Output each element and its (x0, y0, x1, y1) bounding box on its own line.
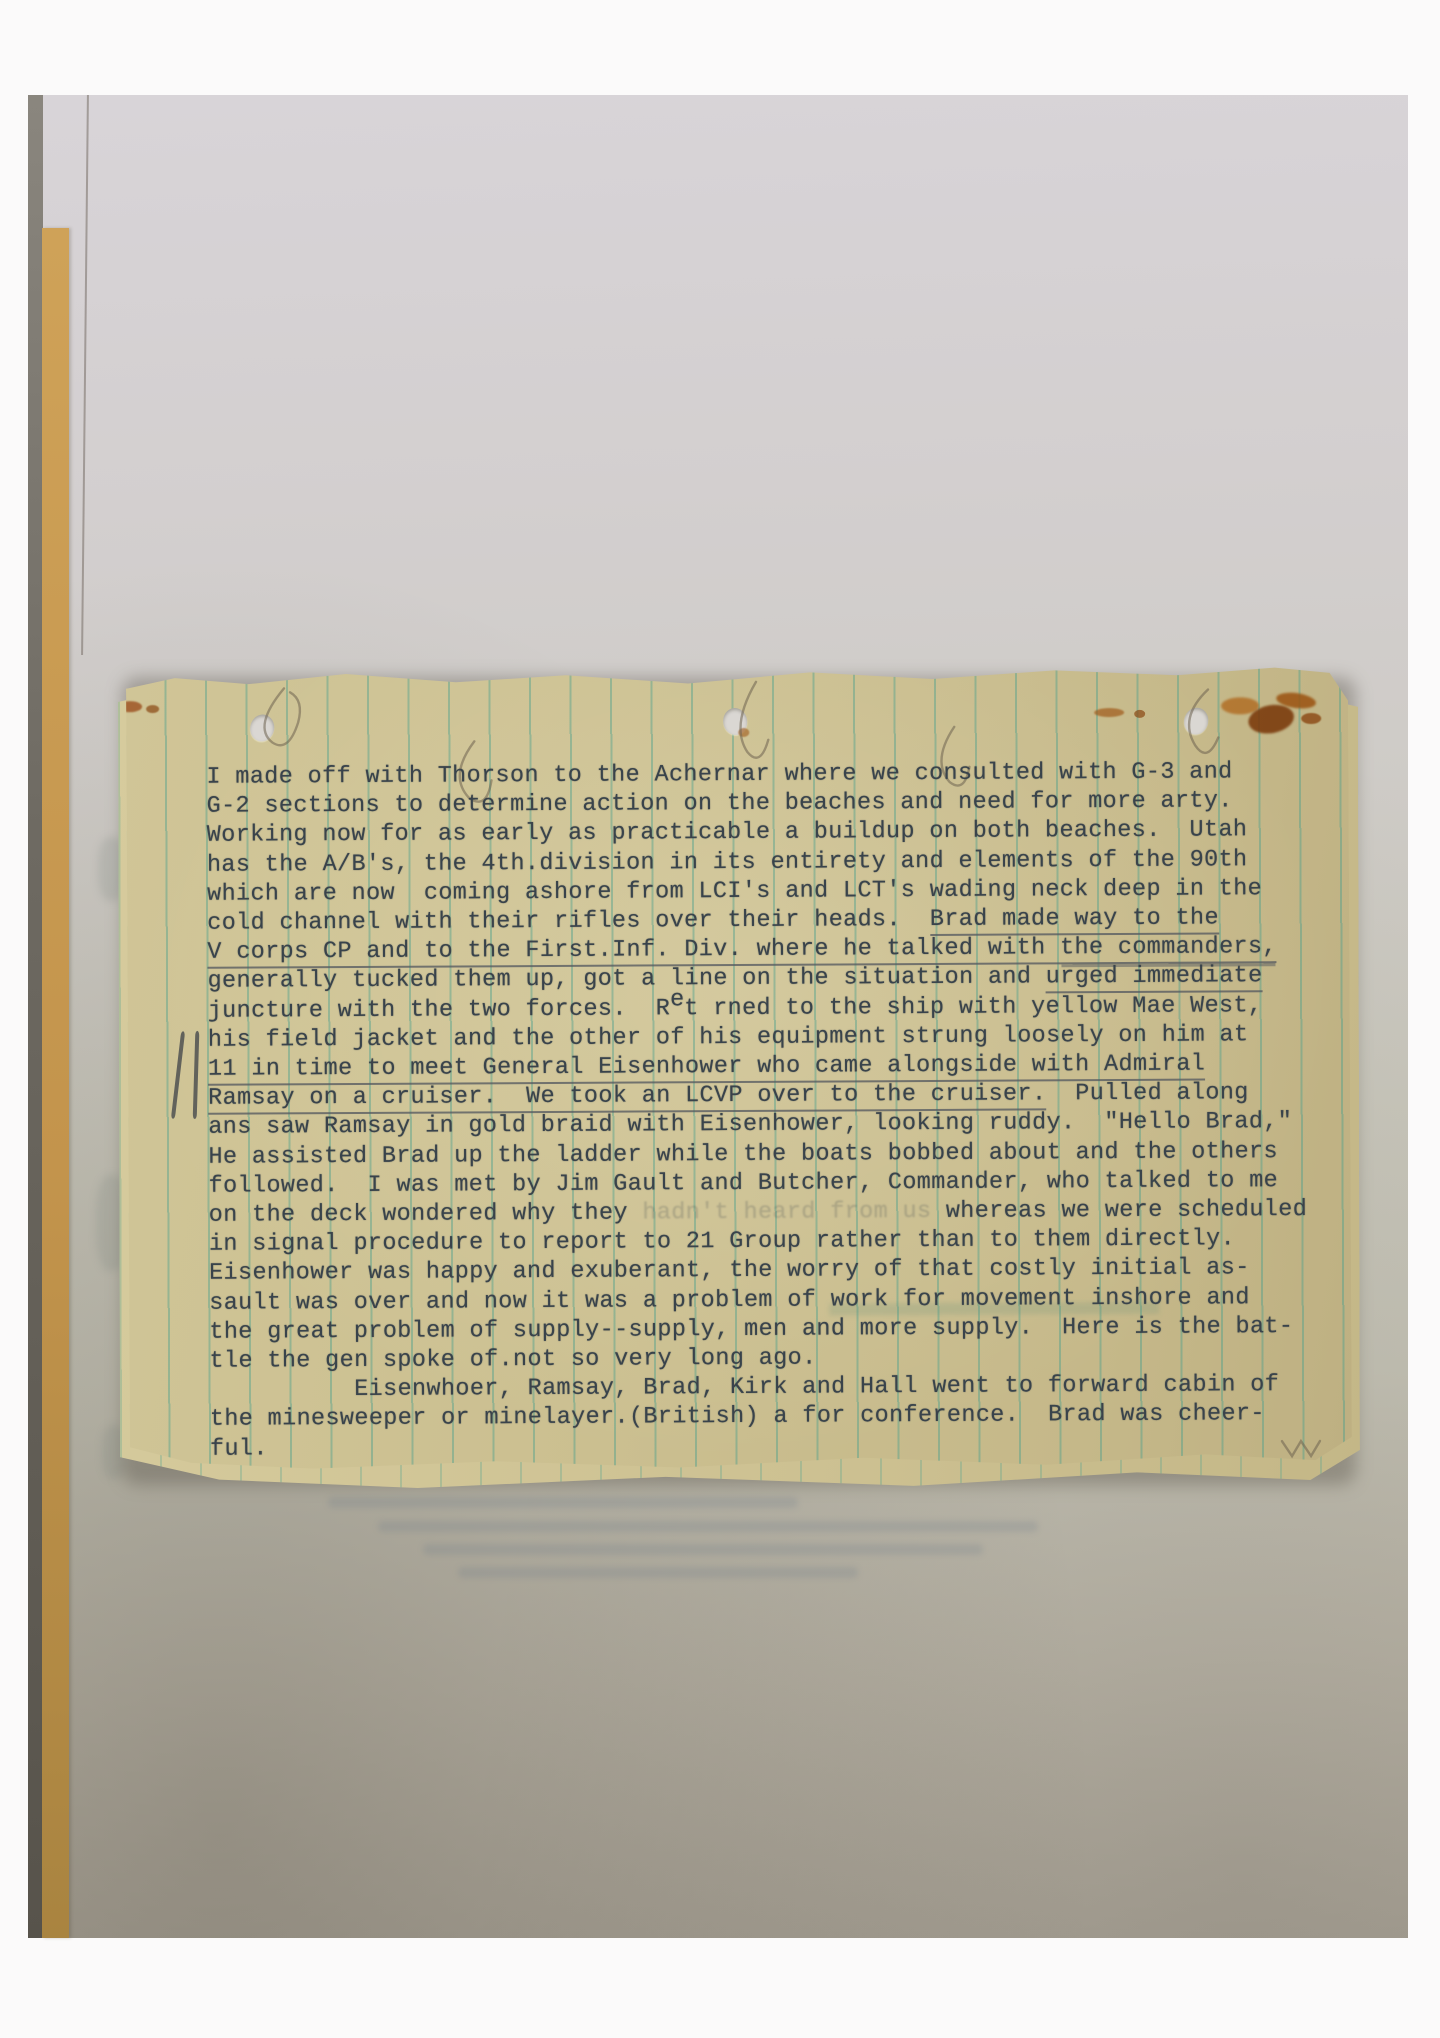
bleedthrough-text (378, 1521, 1038, 1532)
binder-shadow-edge (28, 95, 43, 1938)
text-line: the great problem of supply--supply, men… (209, 1312, 1349, 1347)
typewritten-text: I made off with Thorson to the Achernar … (206, 757, 1350, 1464)
photo-background: I made off with Thorson to the Achernar … (28, 95, 1408, 1938)
folder-edge (42, 228, 69, 1938)
bleedthrough-text (423, 1544, 983, 1555)
text-line: the minesweeper or minelayer.(British) a… (210, 1399, 1350, 1434)
diary-card: I made off with Thorson to the Achernar … (126, 665, 1352, 1471)
page-crease (81, 95, 89, 655)
bleedthrough-text (328, 1497, 798, 1508)
scanned-photo: I made off with Thorson to the Achernar … (0, 0, 1440, 2038)
margin-emphasis-mark (172, 1031, 206, 1123)
bleedthrough-text (458, 1567, 858, 1578)
